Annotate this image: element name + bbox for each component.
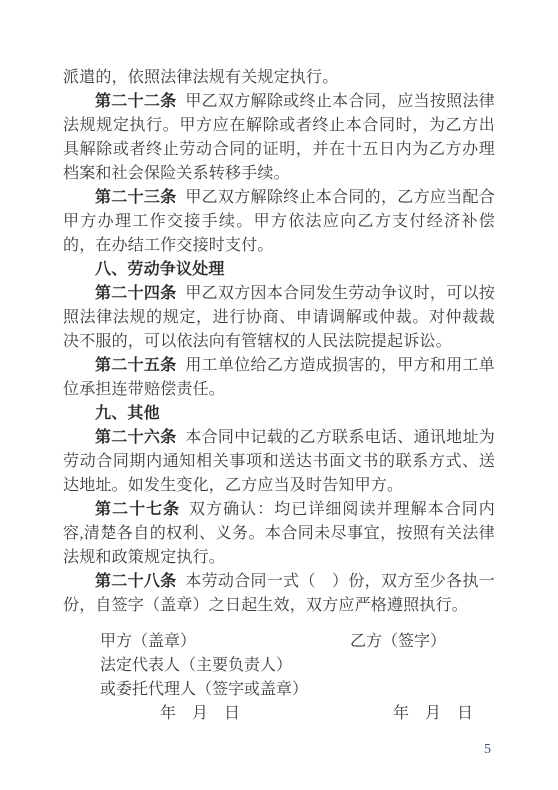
signature-block: 甲方（盖章） 乙方（签字） 法定代表人（主要负责人） 或委托代理人（签字或盖章）… — [63, 630, 495, 726]
clause-24-number: 第二十四条 — [95, 285, 177, 302]
party-b-date-line: 年 月 日 — [279, 702, 495, 726]
signature-row-agent: 或委托代理人（签字或盖章） — [63, 678, 495, 702]
legal-rep-blank — [279, 654, 495, 678]
clause-26: 第二十六条本合同中记载的乙方联系电话、通讯地址为劳动合同期内通知相关事项和送达书… — [63, 426, 495, 498]
party-a-seal-label: 甲方（盖章） — [63, 630, 279, 654]
clause-25-number: 第二十五条 — [95, 357, 177, 374]
paragraph-continuation: 派遣的，依照法律法规有关规定执行。 — [63, 66, 495, 90]
signature-row-parties: 甲方（盖章） 乙方（签字） — [63, 630, 495, 654]
party-a-date-line: 年 月 日 — [63, 702, 279, 726]
legal-representative-label: 法定代表人（主要负责人） — [63, 654, 279, 678]
clause-22-number: 第二十二条 — [95, 93, 177, 110]
clause-22: 第二十二条甲乙双方解除或终止本合同，应当按照法律法规规定执行。甲方应在解除或者终… — [63, 90, 495, 186]
signature-row-dates: 年 月 日 年 月 日 — [63, 702, 495, 726]
clause-23: 第二十三条甲乙双方解除终止本合同的，乙方应当配合甲方办理工作交接手续。甲方依法应… — [63, 186, 495, 258]
party-b-sign-label: 乙方（签字） — [279, 630, 495, 654]
clause-27: 第二十七条双方确认：均已详细阅读并理解本合同内容,清楚各自的权利、义务。本合同未… — [63, 498, 495, 570]
clause-27-number: 第二十七条 — [95, 501, 180, 518]
clause-28-number: 第二十八条 — [95, 573, 177, 590]
clause-28: 第二十八条本劳动合同一式（ ）份，双方至少各执一份，自签字（盖章）之日起生效，双… — [63, 570, 495, 618]
clause-26-number: 第二十六条 — [95, 429, 177, 446]
clause-24: 第二十四条甲乙双方因本合同发生劳动争议时，可以按照法律法规的规定，进行协商、申请… — [63, 282, 495, 354]
entrusted-agent-label: 或委托代理人（签字或盖章） — [63, 678, 279, 702]
section-heading-labor-dispute: 八、劳动争议处理 — [63, 258, 495, 282]
agent-blank — [279, 678, 495, 702]
clause-23-number: 第二十三条 — [95, 189, 177, 206]
signature-row-legal-rep: 法定代表人（主要负责人） — [63, 654, 495, 678]
page-number: 5 — [63, 738, 495, 762]
section-heading-other: 九、其他 — [63, 402, 495, 426]
document-page: 派遣的，依照法律法规有关规定执行。 第二十二条甲乙双方解除或终止本合同，应当按照… — [0, 0, 558, 790]
clause-25: 第二十五条用工单位给乙方造成损害的，甲方和用工单位承担连带赔偿责任。 — [63, 354, 495, 402]
